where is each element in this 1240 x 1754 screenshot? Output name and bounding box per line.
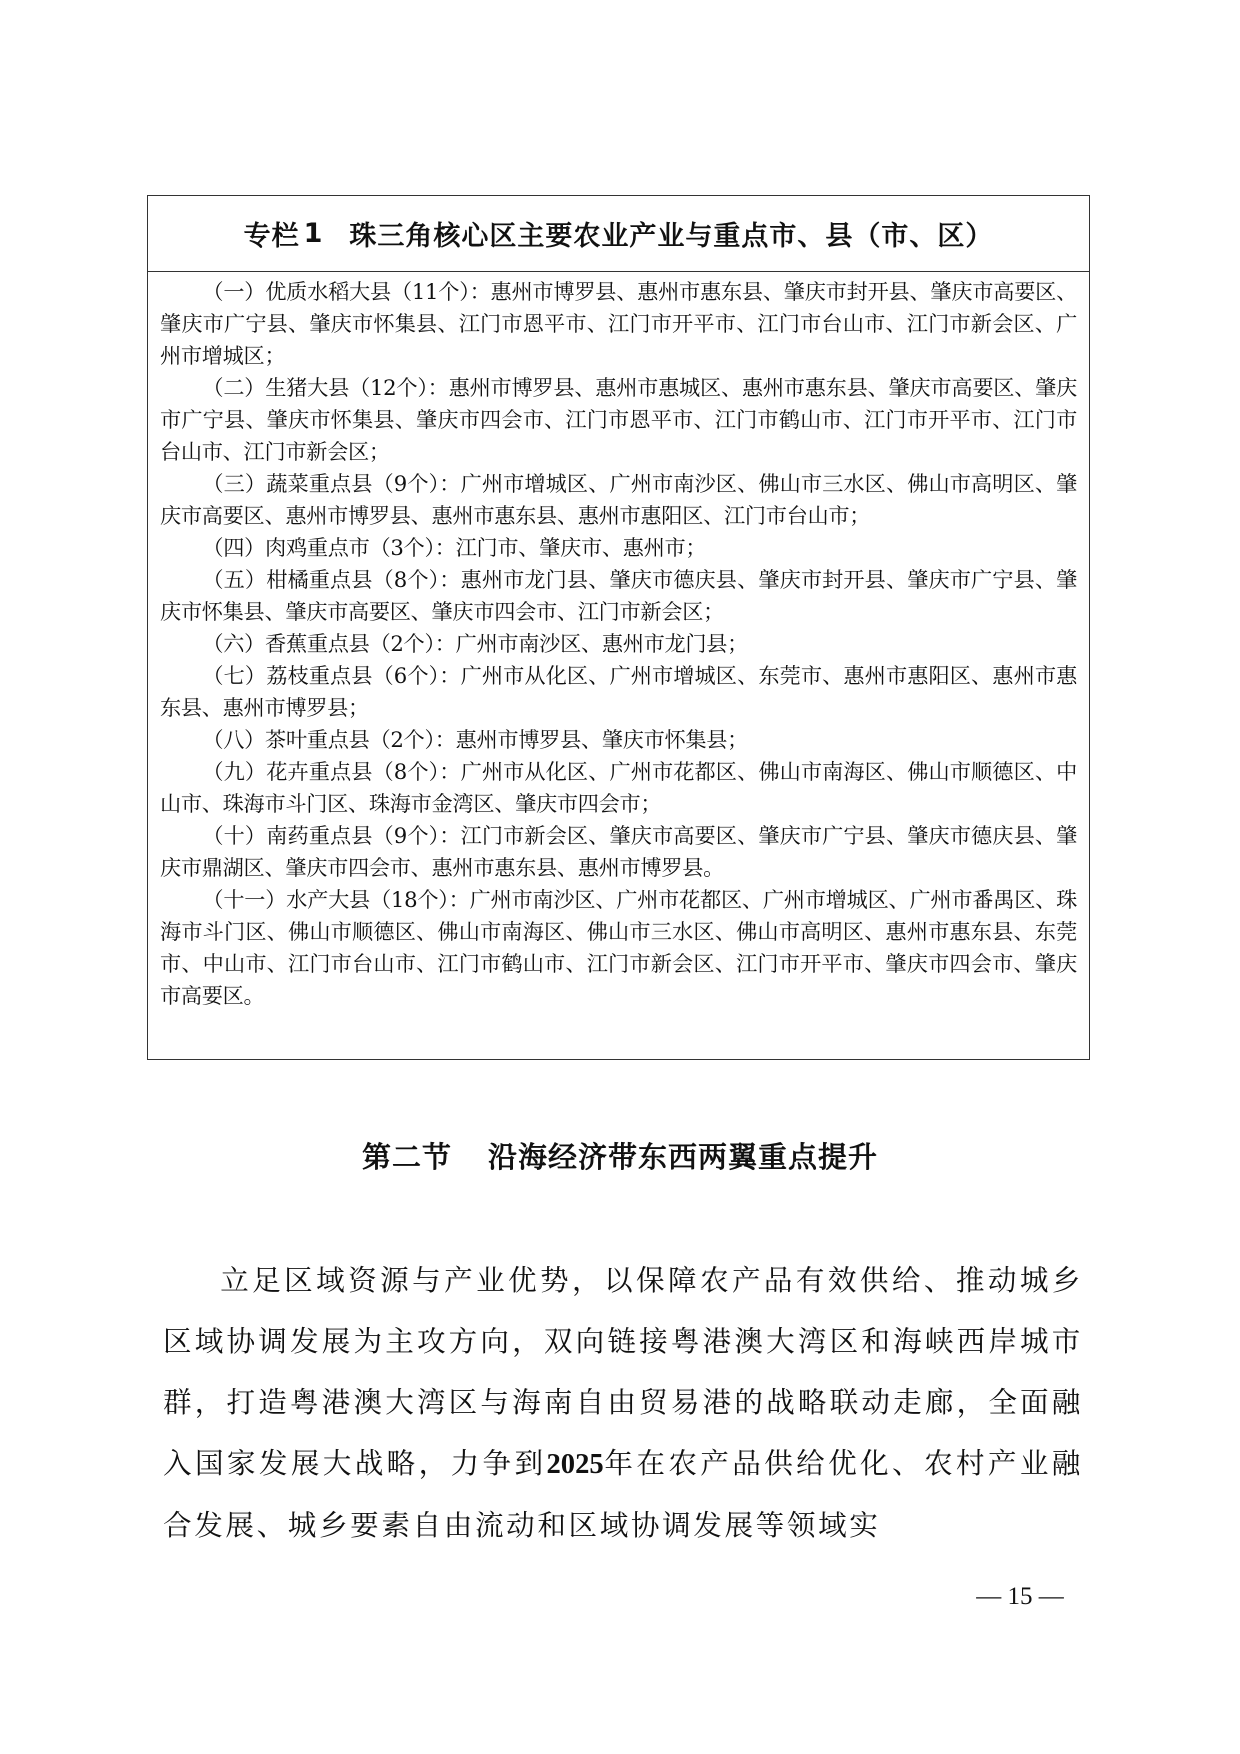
list-item: （八）茶叶重点县（2个）：惠州市博罗县、肇庆市怀集县； [160, 724, 1077, 756]
list-item: （五）柑橘重点县（8个）：惠州市龙门县、肇庆市德庆县、肇庆市封开县、肇庆市广宁县… [160, 564, 1077, 628]
list-item: （九）花卉重点县（8个）：广州市从化区、广州市花都区、佛山市南海区、佛山市顺德区… [160, 756, 1077, 820]
list-item: （十一）水产大县（18个）：广州市南沙区、广州市花都区、广州市增城区、广州市番禺… [160, 884, 1077, 1012]
item-heading: （五）柑橘重点县（8个）： [202, 567, 460, 592]
box-title-number: 1 [304, 218, 324, 249]
item-heading: （七）荔枝重点县（6个）： [202, 663, 460, 688]
item-content: 江门市、肇庆市、惠州市； [456, 535, 707, 560]
box-title-label: 专栏 [244, 214, 300, 253]
list-item: （六）香蕉重点县（2个）：广州市南沙区、惠州市龙门县； [160, 628, 1077, 660]
list-item: （十）南药重点县（9个）：江门市新会区、肇庆市高要区、肇庆市广宁县、肇庆市德庆县… [160, 820, 1077, 884]
item-heading: （九）花卉重点县（8个）： [202, 759, 460, 784]
item-heading: （六）香蕉重点县（2个）： [202, 631, 455, 656]
item-content: 惠州市博罗县、肇庆市怀集县； [456, 727, 748, 752]
list-item: （二）生猪大县（12个）：惠州市博罗县、惠州市惠城区、惠州市惠东县、肇庆市高要区… [160, 372, 1077, 468]
item-heading: （十）南药重点县（9个）： [202, 823, 460, 848]
item-heading: （一）优质水稻大县（11个）： [202, 279, 490, 304]
feature-box: 专栏1珠三角核心区主要农业产业与重点市、县（市、区） （一）优质水稻大县（11个… [147, 195, 1090, 1060]
list-item: （一）优质水稻大县（11个）：惠州市博罗县、惠州市惠东县、肇庆市封开县、肇庆市高… [160, 276, 1077, 372]
list-item: （三）蔬菜重点县（9个）：广州市增城区、广州市南沙区、佛山市三水区、佛山市高明区… [160, 468, 1077, 532]
item-heading: （四）肉鸡重点市（3个）： [202, 535, 455, 560]
item-heading: （十一）水产大县（18个）： [202, 887, 469, 912]
paragraph-year: 2025 [546, 1449, 603, 1480]
list-item: （七）荔枝重点县（6个）：广州市从化区、广州市增城区、东莞市、惠州市惠阳区、惠州… [160, 660, 1077, 724]
item-content: 广州市南沙区、惠州市龙门县； [456, 631, 748, 656]
box-body: （一）优质水稻大县（11个）：惠州市博罗县、惠州市惠东县、肇庆市封开县、肇庆市高… [148, 272, 1089, 1012]
item-heading: （八）茶叶重点县（2个）： [202, 727, 455, 752]
list-item: （四）肉鸡重点市（3个）：江门市、肇庆市、惠州市； [160, 532, 1077, 564]
item-heading: （三）蔬菜重点县（9个）： [202, 471, 460, 496]
body-paragraph: 立足区域资源与产业优势，以保障农产品有效供给、推动城乡区域协调发展为主攻方向，双… [163, 1250, 1083, 1556]
section-heading: 第二节沿海经济带东西两翼重点提升 [0, 1135, 1240, 1176]
item-heading: （二）生猪大县（12个）： [202, 375, 448, 400]
section-number: 第二节 [362, 1140, 452, 1174]
section-title: 沿海经济带东西两翼重点提升 [488, 1140, 878, 1174]
box-title: 专栏1珠三角核心区主要农业产业与重点市、县（市、区） [148, 196, 1089, 272]
page-number: — 15 — [960, 1583, 1080, 1611]
box-title-text: 珠三角核心区主要农业产业与重点市、县（市、区） [349, 214, 993, 253]
